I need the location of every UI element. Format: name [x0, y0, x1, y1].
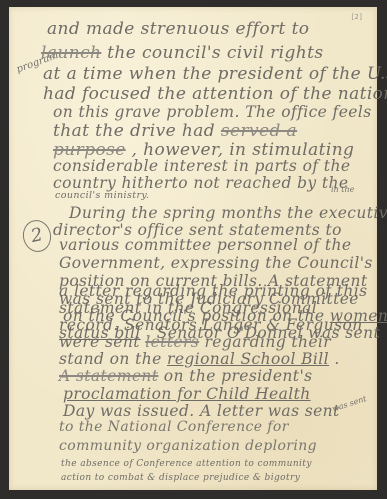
line-8: considerable interest in parts of the [53, 157, 350, 175]
struck-word: launch [41, 43, 101, 63]
line-24: A statement on the president's [59, 367, 312, 385]
line-24-rest: on the president's [164, 367, 313, 385]
line-6-lead: that the drive had [53, 121, 221, 141]
line-26: Day was issued. A letter was sent [63, 402, 340, 420]
line-23: stand on the regional School Bill . [59, 350, 340, 368]
struck-word: letters [145, 333, 199, 351]
insert-above-line: in the [331, 185, 354, 194]
line-22-lead: were sent [59, 333, 145, 351]
line-25: proclamation for Child Health [63, 385, 311, 403]
line-22: were sent letters regarding their [59, 333, 331, 351]
underlined-word: regional School Bill [167, 350, 329, 368]
line-5: on this grave problem. The office feels [53, 103, 372, 121]
line-11: During the spring months the executive [69, 204, 387, 222]
line-14: Government, expressing the Council's [59, 254, 373, 272]
line-23-rest: . [334, 350, 339, 368]
circled-section-number: 2 [20, 217, 54, 254]
line-3: at a time when the president of the U.S. [43, 64, 387, 84]
line-2: launch the council's civil rights [41, 43, 323, 63]
line-21: record. Senators Langer & Ferguson [59, 316, 363, 334]
manuscript-page: [2] program 2 and made strenuous effort … [9, 7, 377, 490]
line-22-rest: regarding their [204, 333, 331, 351]
line-4: had focused the attention of the nation [43, 84, 387, 104]
line-2-rest: the council's civil rights [107, 43, 323, 63]
struck-word: A statement [59, 367, 158, 385]
line-13: various committee personnel of the [59, 236, 351, 254]
line-19: a letter regarding the printing of this [59, 282, 367, 300]
page-number: [2] [350, 13, 363, 21]
line-20: statement in the Congressional [59, 299, 317, 317]
scan-background: [2] program 2 and made strenuous effort … [0, 0, 387, 499]
line-10: council's ministry. [55, 190, 149, 201]
line-23-lead: stand on the [59, 350, 167, 368]
line-6: that the drive had served a [53, 121, 297, 141]
line-1: and made strenuous effort to [47, 19, 309, 39]
struck-word: served a [221, 121, 297, 141]
